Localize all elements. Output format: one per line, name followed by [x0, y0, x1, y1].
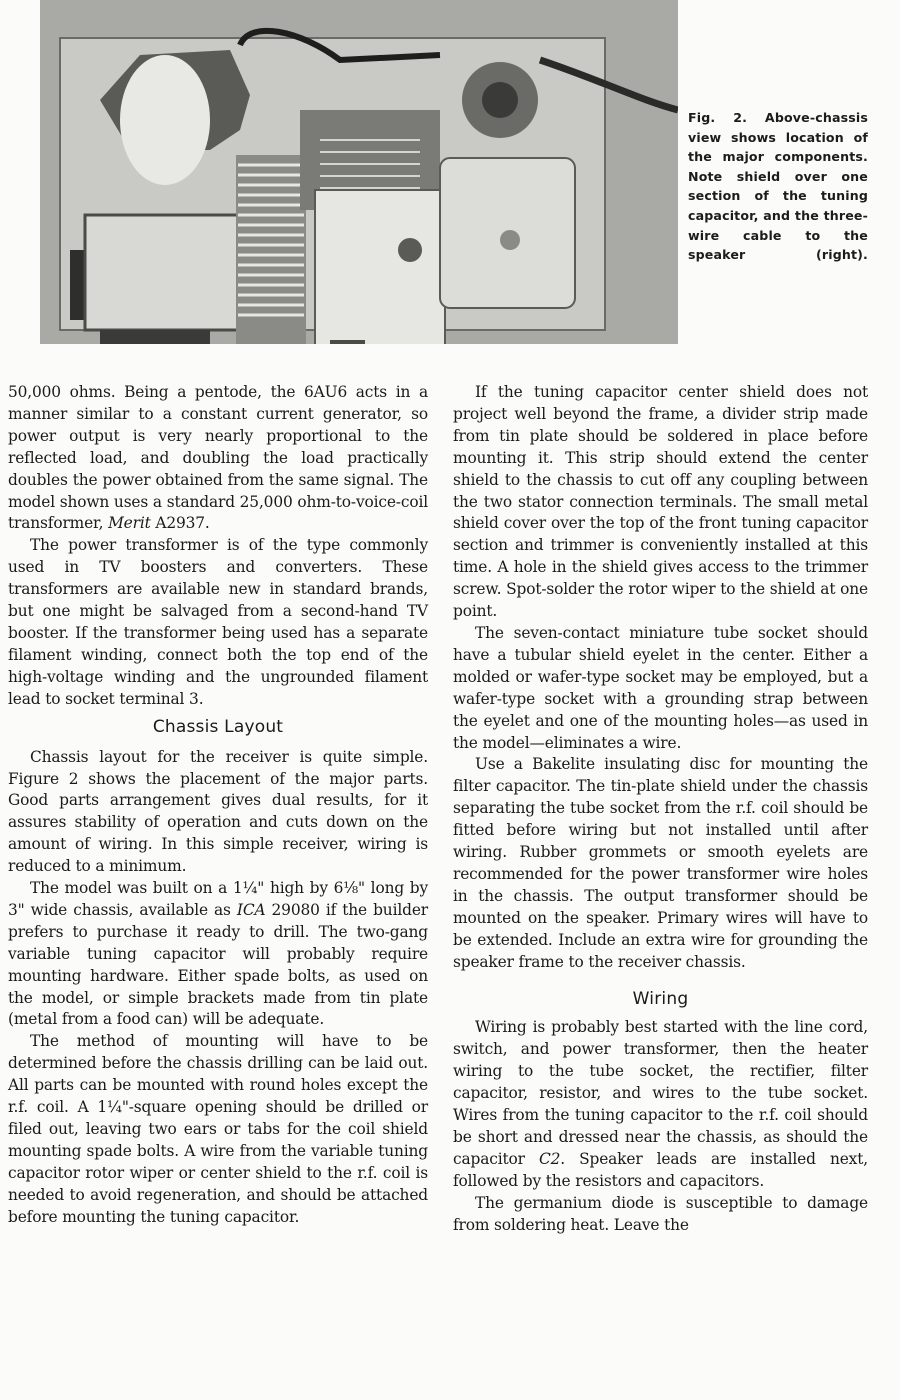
brand-name: ICA	[237, 901, 266, 919]
figure-caption-text: Above-chassis view shows location of the…	[688, 110, 868, 262]
paragraph: Chassis layout for the receiver is quite…	[8, 747, 428, 878]
figure-label: Fig. 2.	[688, 110, 747, 125]
component-ref: C2	[539, 1150, 560, 1168]
paragraph: The seven-contact miniature tube socket …	[453, 623, 868, 754]
right-column: If the tuning capacitor center shield do…	[453, 382, 868, 1237]
figure-2-photo	[40, 0, 678, 344]
paragraph: Use a Bakelite insulating disc for mount…	[453, 754, 868, 973]
paragraph: If the tuning capacitor center shield do…	[453, 382, 868, 623]
chassis-photo-illustration	[40, 0, 678, 344]
section-heading-wiring: Wiring	[453, 987, 868, 1011]
paragraph: The method of mounting will have to be d…	[8, 1031, 428, 1228]
paragraph: The germanium diode is susceptible to da…	[453, 1193, 868, 1237]
figure-caption: Fig. 2. Above-chassis view shows locatio…	[688, 108, 868, 265]
section-heading-chassis-layout: Chassis Layout	[8, 715, 428, 739]
brand-name: Merit	[108, 514, 151, 532]
paragraph: The model was built on a 1¼" high by 6⅛"…	[8, 878, 428, 1031]
left-column: 50,000 ohms. Being a pentode, the 6AU6 a…	[8, 382, 428, 1229]
paragraph: The power transformer is of the type com…	[8, 535, 428, 710]
paragraph: 50,000 ohms. Being a pentode, the 6AU6 a…	[8, 382, 428, 535]
paragraph: Wiring is probably best started with the…	[453, 1017, 868, 1192]
